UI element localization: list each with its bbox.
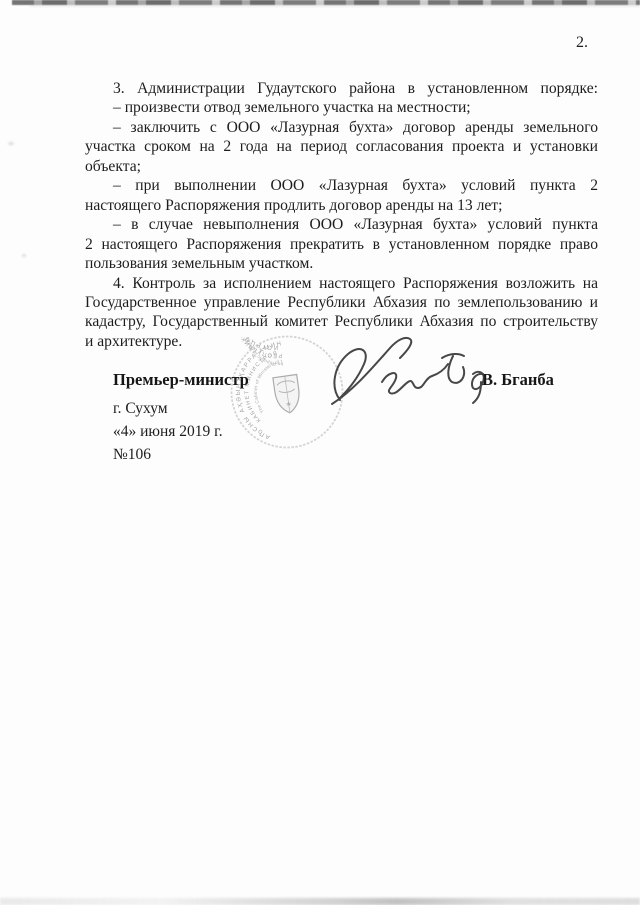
text-line: настоящего Распоряжения продлить договор… <box>85 196 598 215</box>
scan-artifact-bottom <box>0 898 640 905</box>
text-line: – в случае невыполнения ООО «Лазурная бу… <box>85 215 598 234</box>
text-line: участка сроком на 2 года на период согла… <box>85 137 598 156</box>
text-line: – произвести отвод земельного участка на… <box>85 98 598 117</box>
text-line: объекта; <box>85 157 598 176</box>
signer-title: Премьер-министр <box>113 370 249 390</box>
text-line: Государственное управление Республики Аб… <box>85 293 598 312</box>
text-line: кадастру, Государственный комитет Респуб… <box>85 312 598 331</box>
scan-speck <box>22 254 26 257</box>
text-line: – при выполнении ООО «Лазурная бухта» ус… <box>85 176 598 195</box>
scan-speck <box>8 142 14 145</box>
text-line: 3. Администрации Гудаутского района в ус… <box>85 79 598 98</box>
handwritten-signature <box>320 330 495 408</box>
text-line: 4. Контроль за исполнением настоящего Ра… <box>85 274 598 293</box>
document-number: №106 <box>113 446 151 464</box>
text-line: – заключить с ООО «Лазурная бухта» догов… <box>85 118 598 137</box>
star-icon: ✶ <box>285 399 293 409</box>
document-body: 3. Администрации Гудаутского района в ус… <box>85 79 598 351</box>
scan-artifact-top-shadow <box>30 4 640 7</box>
coat-of-arms: ✶ <box>273 374 302 414</box>
text-line: 2 настоящего Распоряжения прекратить в у… <box>85 235 598 254</box>
text-line: пользования земельным участком. <box>85 254 598 273</box>
page-number: 2. <box>576 34 588 52</box>
scanned-document-page: 2. 3. Администрации Гудаутского района в… <box>0 0 640 905</box>
place-line: г. Сухум <box>113 400 168 418</box>
date-line: «4» июня 2019 г. <box>113 423 223 441</box>
